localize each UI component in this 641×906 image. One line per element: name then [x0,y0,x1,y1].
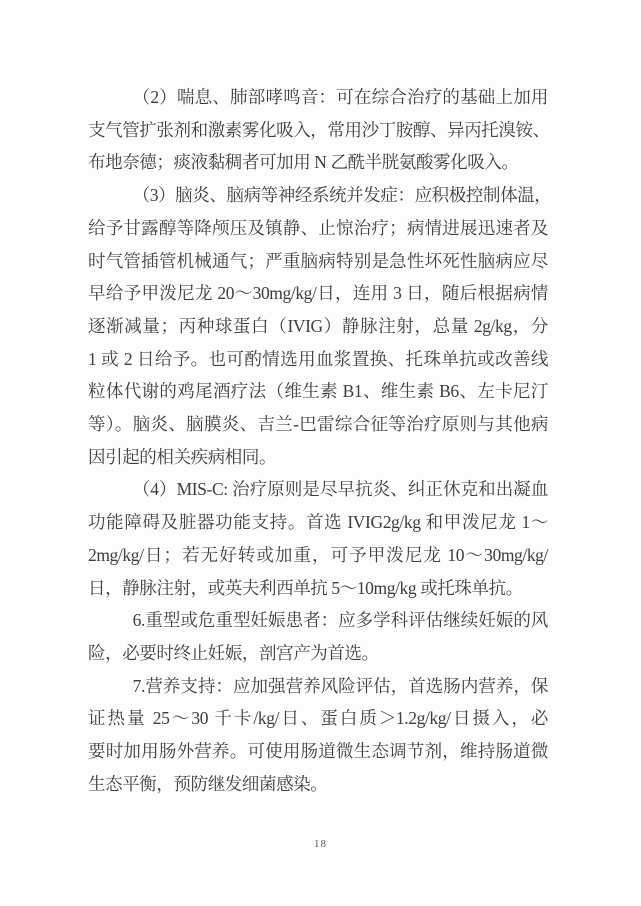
text-line: 1 或 2 日给予。也可酌情选用血浆置换、托珠单抗或改善线 [88,343,548,376]
document-page: （2）喘息、肺部哮鸣音：可在综合治疗的基础上加用支气管扩张剂和激素雾化吸入，常用… [0,0,641,906]
paragraph: （3）脑炎、脑病等神经系统并发症：应积极控制体温，给予甘露醇等降颅压及镇静、止惊… [88,179,548,473]
paragraph: 7.营养支持：应加强营养风险评估，首选肠内营养，保证热量 25～30 千卡/kg… [88,670,548,801]
text-line: 等）。脑炎、脑膜炎、吉兰-巴雷综合征等治疗原则与其他病 [88,408,548,441]
text-line: 功能障碍及脏器功能支持。首选 IVIG2g/kg 和甲泼尼龙 1～ [88,506,548,539]
text-line: 布地奈德；痰液黏稠者可加用 N 乙酰半胱氨酸雾化吸入。 [88,146,548,179]
text-line: 粒体代谢的鸡尾酒疗法（维生素 B1、维生素 B6、左卡尼汀 [88,375,548,408]
paragraph: （2）喘息、肺部哮鸣音：可在综合治疗的基础上加用支气管扩张剂和激素雾化吸入，常用… [88,81,548,179]
text-block: （2）喘息、肺部哮鸣音：可在综合治疗的基础上加用支气管扩张剂和激素雾化吸入，常用… [88,81,548,800]
text-line: 时气管插管机械通气；严重脑病特别是急性坏死性脑病应尽 [88,245,548,278]
text-line: 证热量 25～30 千卡/kg/日、蛋白质＞1.2g/kg/日摄入，必 [88,702,548,735]
text-line: 因引起的相关疾病相同。 [88,441,548,474]
text-line: 逐渐减量；丙种球蛋白（IVIG）静脉注射，总量 2g/kg，分 [88,310,548,343]
paragraph: 6.重型或危重型妊娠患者：应多学科评估继续妊娠的风险，必要时终止妊娠，剖宫产为首… [88,604,548,669]
text-line: 给予甘露醇等降颅压及镇静、止惊治疗；病情进展迅速者及 [88,212,548,245]
text-line: （2）喘息、肺部哮鸣音：可在综合治疗的基础上加用 [88,81,548,114]
text-line: 要时加用肠外营养。可使用肠道微生态调节剂，维持肠道微 [88,735,548,768]
text-line: 生态平衡，预防继发细菌感染。 [88,768,548,801]
page-number: 18 [0,838,641,850]
text-line: 7.营养支持：应加强营养风险评估，首选肠内营养，保 [88,670,548,703]
text-line: 支气管扩张剂和激素雾化吸入，常用沙丁胺醇、异丙托溴铵、 [88,114,548,147]
text-line: 6.重型或危重型妊娠患者：应多学科评估继续妊娠的风 [88,604,548,637]
text-line: （3）脑炎、脑病等神经系统并发症：应积极控制体温， [88,179,548,212]
text-line: 日，静脉注射，或英夫利西单抗 5～10mg/kg 或托珠单抗。 [88,572,548,605]
text-line: 2mg/kg/日；若无好转或加重，可予甲泼尼龙 10～30mg/kg/ [88,539,548,572]
paragraph: （4）MIS-C: 治疗原则是尽早抗炎、纠正休克和出凝血功能障碍及脏器功能支持。… [88,473,548,604]
text-line: （4）MIS-C: 治疗原则是尽早抗炎、纠正休克和出凝血 [88,473,548,506]
text-line: 早给予甲泼尼龙 20～30mg/kg/日，连用 3 日，随后根据病情 [88,277,548,310]
text-line: 险，必要时终止妊娠，剖宫产为首选。 [88,637,548,670]
